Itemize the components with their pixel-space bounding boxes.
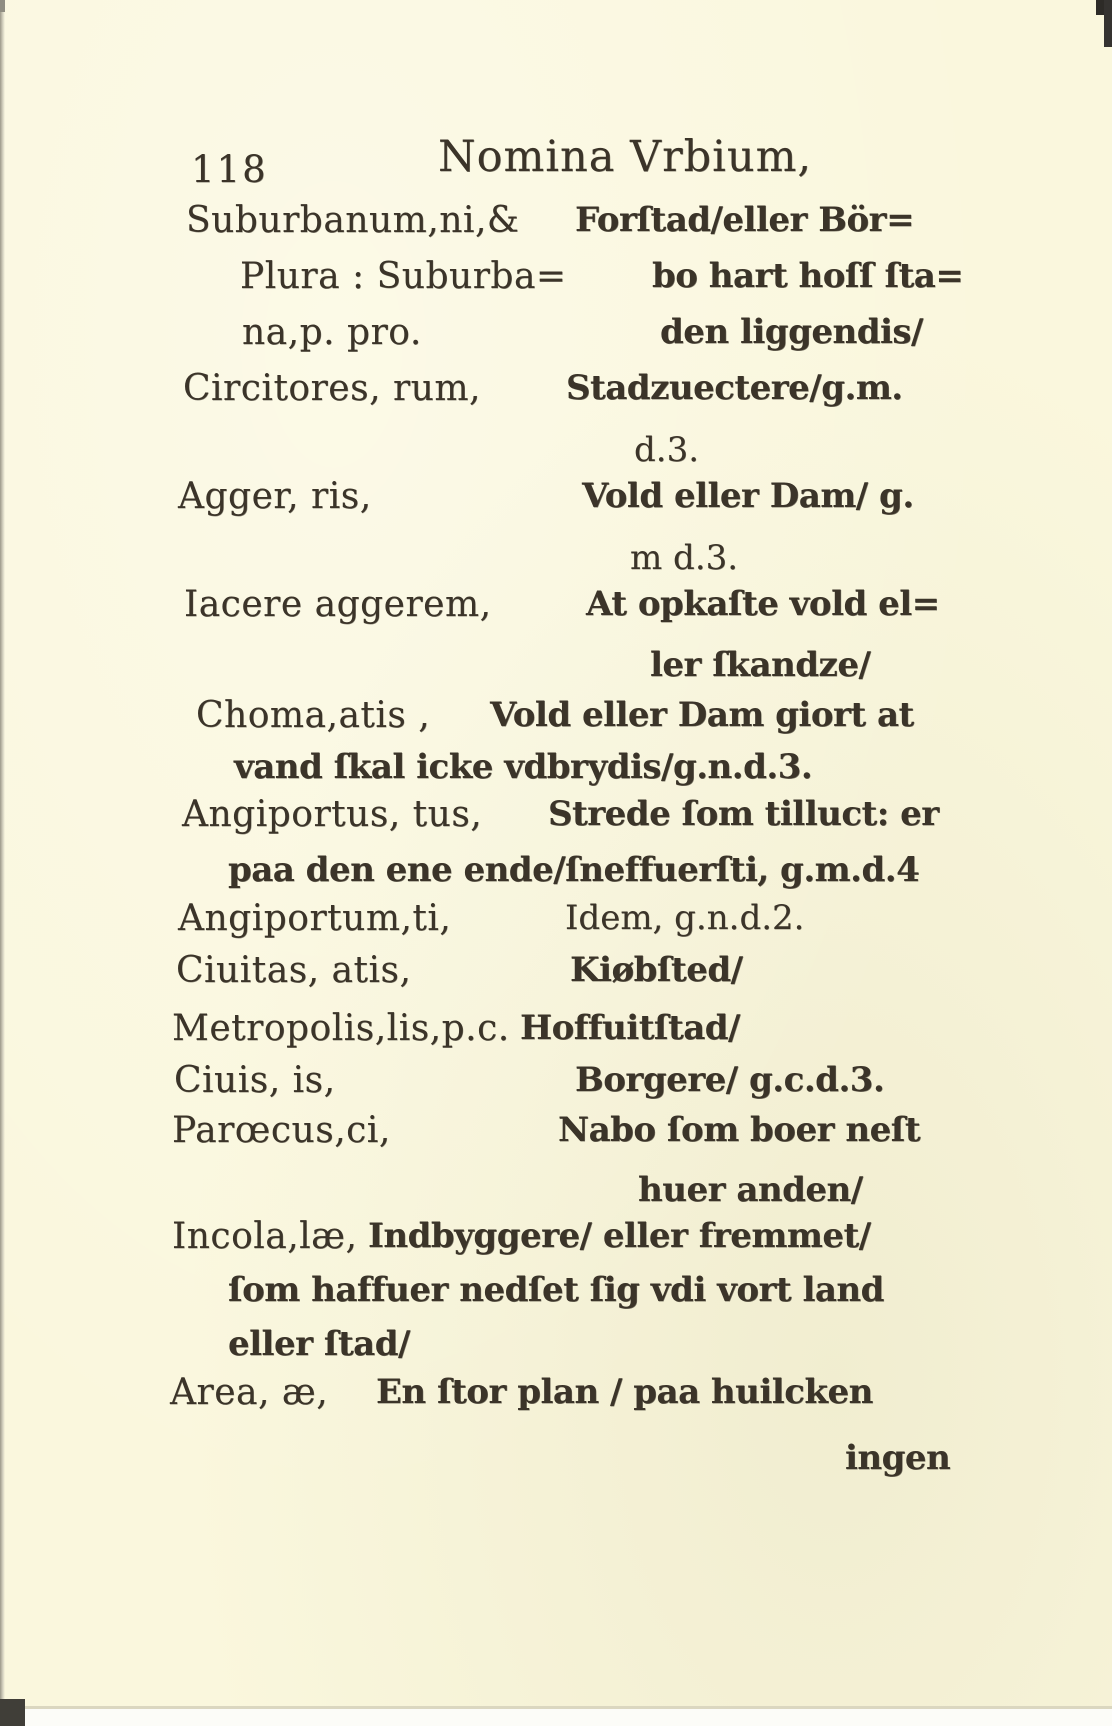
scan-artifact-right-edge xyxy=(1104,0,1112,47)
danish-gloss: Borgere/ g.c.d.3. xyxy=(575,1060,884,1100)
danish-gloss: Vold eller Dam giort at xyxy=(490,695,914,735)
danish-gloss: Stadzuectere/g.m. xyxy=(566,368,903,408)
latin-lemma: na,p. pro. xyxy=(242,312,422,353)
latin-lemma: Agger, ris, xyxy=(178,476,372,517)
danish-gloss: At opkaſte vold el= xyxy=(586,584,940,624)
danish-gloss: Kiøbſted/ xyxy=(570,950,743,990)
scan-artifact-top-left xyxy=(0,0,5,12)
latin-lemma: Parœcus,ci, xyxy=(172,1110,391,1151)
latin-lemma: Angiportus, tus, xyxy=(182,794,482,835)
danish-gloss: paa den ene ende/ſneffuerſti, g.m.d.4 xyxy=(228,850,919,890)
danish-gloss: Indbyggere/ eller fremmet/ xyxy=(368,1216,871,1256)
latin-lemma: Iacere aggerem, xyxy=(184,584,492,625)
danish-gloss: den liggendis/ xyxy=(660,312,923,352)
page-number: 118 xyxy=(191,148,268,191)
danish-gloss: Forſtad/eller Bör= xyxy=(575,200,914,240)
danish-gloss: Vold eller Dam/ g. xyxy=(582,476,914,516)
latin-lemma: Ciuis, is, xyxy=(174,1060,336,1101)
latin-lemma: Choma,atis , xyxy=(196,695,430,736)
scanned-book-page: 118 Nomina Vrbium, Suburbanum,ni,&Forſta… xyxy=(0,0,1112,1726)
danish-gloss: bo hart hoſſ ſta= xyxy=(652,256,963,296)
danish-gloss: eller ſtad/ xyxy=(228,1324,410,1364)
danish-gloss: ingen xyxy=(845,1438,950,1478)
danish-gloss: ſom haffuer nedſet ſig vdi vort land xyxy=(228,1270,884,1310)
grammar-abbreviation: Idem, g.n.d.2. xyxy=(565,898,804,938)
danish-gloss: En ſtor plan / paa huilcken xyxy=(376,1372,873,1412)
latin-lemma: Area, æ, xyxy=(170,1372,328,1413)
latin-lemma: Suburbanum,ni,& xyxy=(186,200,519,241)
running-title: Nomina Vrbium, xyxy=(438,132,812,182)
latin-lemma: Metropolis,lis,p.c. xyxy=(172,1008,510,1049)
latin-lemma: Ciuitas, atis, xyxy=(176,950,411,991)
danish-gloss: Hoffuitſtad/ xyxy=(520,1008,740,1048)
grammar-abbreviation: m d.3. xyxy=(630,538,738,578)
scan-bottom-page-edge xyxy=(0,1706,1112,1726)
danish-gloss: vand ſkal icke vdbrydis/g.n.d.3. xyxy=(234,747,812,787)
latin-lemma: Circitores, rum, xyxy=(183,368,481,409)
danish-gloss: huer anden/ xyxy=(638,1170,863,1210)
latin-lemma: Incola,læ, xyxy=(172,1216,357,1257)
latin-lemma: Angiportum,ti, xyxy=(178,898,451,939)
danish-gloss: Strede ſom tilluct: er xyxy=(548,794,939,834)
danish-gloss: ler ſkandze/ xyxy=(650,645,870,685)
danish-gloss: Nabo ſom boer neſt xyxy=(558,1110,920,1150)
scan-left-edge-shadow xyxy=(0,0,5,1726)
latin-lemma: Plura : Suburba= xyxy=(240,256,567,297)
scan-artifact-bottom-left xyxy=(0,1699,25,1726)
grammar-abbreviation: d.3. xyxy=(634,430,699,470)
